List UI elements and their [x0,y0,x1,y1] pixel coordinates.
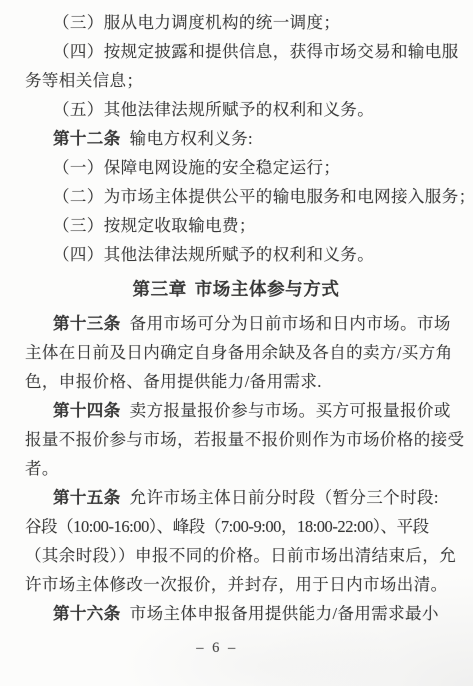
line-text: 色，申报价格、备用提供能力/备用需求. [25,372,322,391]
text-line-article-13: 第十三条备用市场可分为日前市场和日内市场。市场 [25,309,447,338]
line-text: 许市场主体修改一次报价，并封存，用于日内市场出清。 [25,575,448,594]
line-text: 报量不报价参与市场，若报量不报价则作为市场价格的接受 [25,430,464,449]
line-text: 备用市场可分为日前市场和日内市场。市场 [130,314,451,333]
text-line: 者。 [25,454,447,483]
article-number: 第十五条 [53,488,121,507]
document-page: （三）服从电力调度机构的统一调度； （四）按规定披露和提供信息，获得市场交易和输… [0,0,473,686]
chapter-number: 第三章 [133,279,187,299]
line-text: 谷段（10:00-16:00）、峰段（7:00-9:00，18:00-22:00… [25,517,429,536]
line-text: （一）保障电网设施的安全稳定运行； [53,158,340,177]
line-text: （其余时段））申报不同的价格。日前市场出清结束后，允 [25,546,456,565]
line-text: 主体在日前及日内确定自身备用余缺及各自的卖方/买方角 [25,343,452,362]
article-number: 第十四条 [53,401,121,420]
line-text: （四）按规定披露和提供信息，获得市场交易和输电服 [53,42,459,61]
text-line: （四）按规定披露和提供信息，获得市场交易和输电服 [25,37,447,66]
text-line: （二）为市场主体提供公平的输电服务和电网接入服务； [25,182,447,211]
text-line: （五）其他法律法规所赋予的权利和义务。 [25,95,447,124]
page-number: – 6 – [6,640,428,657]
text-line-time-periods: 谷段（10:00-16:00）、峰段（7:00-9:00，18:00-22:00… [25,512,447,541]
line-text: （三）按规定收取输电费； [53,216,256,235]
line-text: （五）其他法律法规所赋予的权利和义务。 [53,100,374,119]
text-line: （四）其他法律法规所赋予的权利和义务。 [25,240,447,269]
line-text: （二）为市场主体提供公平的输电服务和电网接入服务； [53,187,473,206]
text-line: 主体在日前及日内确定自身备用余缺及各自的卖方/买方角 [25,338,447,367]
article-number: 第十二条 [53,129,121,148]
text-line: 报量不报价参与市场，若报量不报价则作为市场价格的接受 [25,425,447,454]
text-line: 色，申报价格、备用提供能力/备用需求. [25,367,447,396]
text-line: （其余时段））申报不同的价格。日前市场出清结束后，允 [25,541,447,570]
line-text: 者。 [25,459,59,478]
line-text: 卖方报量报价参与市场。买方可报量报价或 [130,401,451,420]
line-text: （四）其他法律法规所赋予的权利和义务。 [53,245,374,264]
line-text: （三）服从电力调度机构的统一调度； [53,13,340,32]
text-line-article-14: 第十四条卖方报量报价参与市场。买方可报量报价或 [25,396,447,425]
text-line: 许市场主体修改一次报价，并封存，用于日内市场出清。 [25,570,447,599]
text-line: 务等相关信息； [25,66,447,95]
text-line: （三）服从电力调度机构的统一调度； [25,8,447,37]
article-number: 第十六条 [53,604,121,623]
line-text: 务等相关信息； [25,71,143,90]
chapter-heading: 第三章市场主体参与方式 [25,269,447,309]
article-number: 第十三条 [53,314,121,333]
text-line-article-12: 第十二条输电方权利义务: [25,124,447,153]
chapter-title: 市场主体参与方式 [195,279,340,299]
line-text: 允许市场主体日前分时段（暂分三个时段: [130,488,439,507]
line-text: 输电方权利义务: [130,129,253,148]
text-line-article-15: 第十五条允许市场主体日前分时段（暂分三个时段: [25,483,447,512]
text-line-article-16: 第十六条市场主体申报备用提供能力/备用需求最小 [25,599,447,628]
text-line: （三）按规定收取输电费； [25,211,447,240]
text-line: （一）保障电网设施的安全稳定运行； [25,153,447,182]
line-text: 市场主体申报备用提供能力/备用需求最小 [130,604,439,623]
